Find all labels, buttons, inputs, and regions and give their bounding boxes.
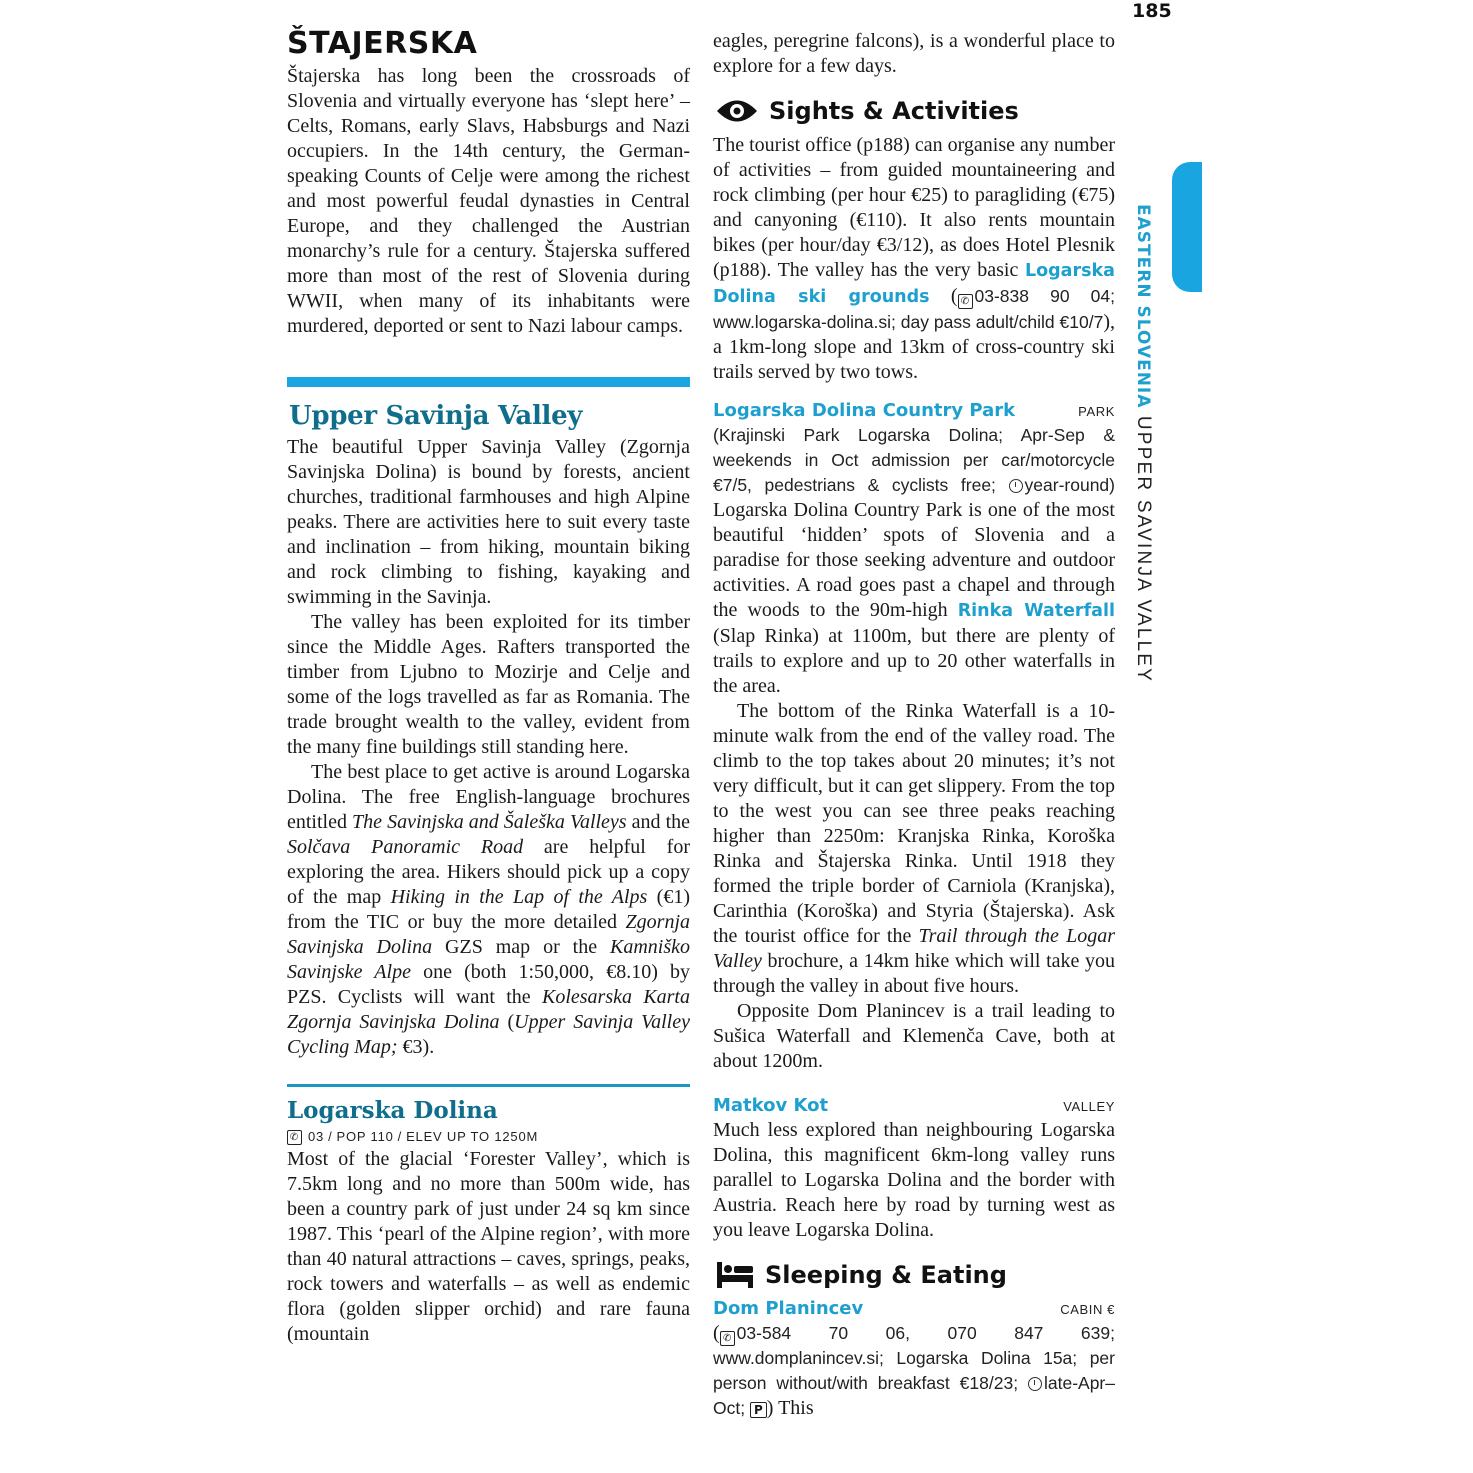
right-column: eagles, peregrine falcons), is a wonderf…: [713, 29, 1115, 1421]
listing-type: CABIN €: [1060, 1302, 1115, 1317]
clock-icon: [1009, 479, 1023, 493]
chapter-label: EASTERN SLOVENIA: [1133, 204, 1153, 408]
listing-header: Logarska Dolina Country Park PARK: [713, 399, 1115, 423]
section-paragraph-1: The beautiful Upper Savinja Valley (Zgor…: [287, 435, 690, 610]
section-title: Upper Savinja Valley: [289, 401, 690, 431]
listing-paragraph-3: Opposite Dom Planincev is a trail leadin…: [713, 999, 1115, 1074]
phone-code: 03: [308, 1127, 324, 1147]
section-paragraph-2: The valley has been exploited for its ti…: [287, 610, 690, 760]
listing-name-dom-planincev[interactable]: Dom Planincev: [713, 1297, 863, 1321]
phone-icon: ✆: [720, 1331, 735, 1346]
sights-intro: The tourist office (p188) can organise a…: [713, 133, 1115, 385]
listing-header: Dom Planincev CABIN €: [713, 1297, 1115, 1321]
section-divider: [287, 377, 690, 387]
sights-heading: Sights & Activities: [715, 95, 1115, 127]
chapter-tab: [1172, 162, 1202, 292]
eye-icon: [715, 98, 759, 124]
region-title: ŠTAJERSKA: [287, 28, 690, 60]
population: POP 110: [336, 1127, 393, 1147]
running-header: EASTERN SLOVENIA UPPER SAVINJA VALLEY: [1132, 204, 1154, 683]
parking-icon: P: [750, 1402, 767, 1418]
listing-body-country-park: (Krajinski Park Logarska Dolina; Apr-Sep…: [713, 423, 1115, 699]
phone-icon: ✆: [287, 1130, 302, 1145]
listing-type: PARK: [1078, 404, 1115, 419]
subsection-divider: [287, 1084, 690, 1087]
elevation: ELEV UP TO 1250M: [406, 1127, 538, 1147]
listing-body-dom-planincev: (✆03-584 70 06, 070 847 639; www.domplan…: [713, 1321, 1115, 1421]
rinka-waterfall-link[interactable]: Rinka Waterfall: [958, 601, 1115, 621]
left-column: ŠTAJERSKA Štajerska has long been the cr…: [287, 0, 690, 1347]
continued-paragraph: eagles, peregrine falcons), is a wonderf…: [713, 29, 1115, 79]
section-label: UPPER SAVINJA VALLEY: [1133, 416, 1154, 683]
subsection-title: Logarska Dolina: [287, 1097, 690, 1125]
listing-paragraph-2: The bottom of the Rinka Waterfall is a 1…: [713, 699, 1115, 999]
page-number: 185: [1132, 0, 1172, 22]
listing-name-matkov-kot[interactable]: Matkov Kot: [713, 1094, 828, 1118]
section-paragraph-3: The best place to get active is around L…: [287, 760, 690, 1060]
sleeping-heading: Sleeping & Eating: [715, 1259, 1115, 1291]
clock-icon: [1028, 1377, 1042, 1391]
town-info: ✆ 03 / POP 110 / ELEV UP TO 1250M: [287, 1127, 690, 1147]
listing-body-matkov-kot: Much less explored than neighbouring Log…: [713, 1118, 1115, 1243]
subsection-paragraph-1: Most of the glacial ‘Forester Valley’, w…: [287, 1147, 690, 1347]
bed-icon: [715, 1260, 755, 1290]
phone-icon: ✆: [958, 294, 973, 309]
listing-name-country-park[interactable]: Logarska Dolina Country Park: [713, 399, 1015, 423]
listing-header: Matkov Kot VALLEY: [713, 1094, 1115, 1118]
listing-type: VALLEY: [1063, 1099, 1115, 1114]
region-intro: Štajerska has long been the crossroads o…: [287, 64, 690, 339]
